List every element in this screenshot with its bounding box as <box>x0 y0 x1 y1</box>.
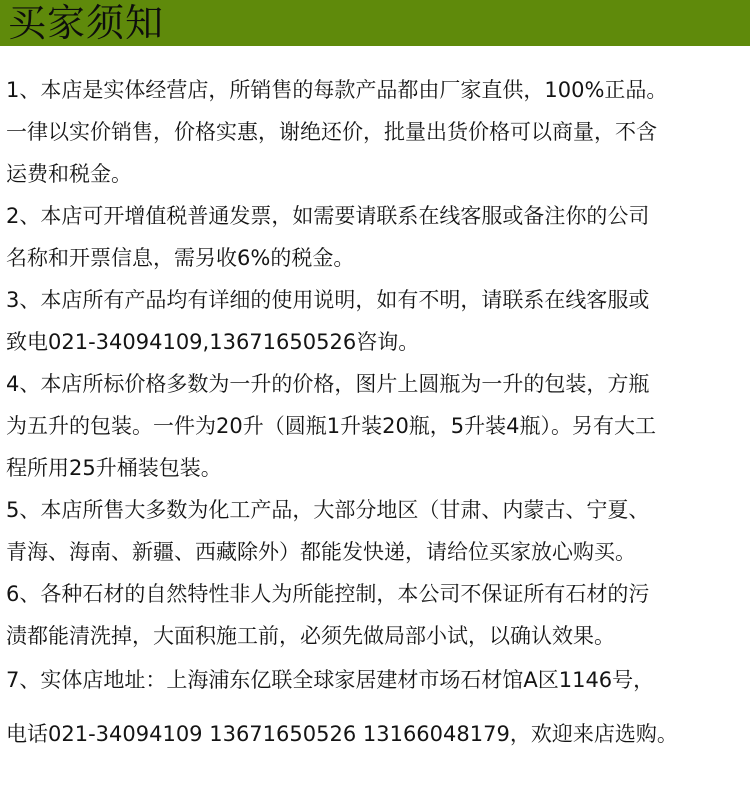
notice-item-1-line-2: 一律以实价销售，价格实惠，谢绝还价，批量出货价格可以商量，不含 <box>6 112 657 152</box>
notice-item-7-address: 7、实体店地址：上海浦东亿联全球家居建材市场石材馆A区1146号， <box>6 660 654 700</box>
notice-item-6-line-1: 6、各种石材的自然特性非人为所能控制，本公司不保证所有石材的污 <box>6 574 649 614</box>
notice-item-3-line-1: 3、本店所有产品均有详细的使用说明，如有不明，请联系在线客服或 <box>6 280 649 320</box>
page-title: 买家须知 <box>8 1 164 45</box>
notice-item-4-line-2: 为五升的包装。一件为20升（圆瓶1升装20瓶，5升装4瓶）。另有大工 <box>6 406 656 446</box>
notice-item-6-line-2: 渍都能清洗掉，大面积施工前，必须先做局部小试，以确认效果。 <box>6 616 615 656</box>
notice-item-3-line-2: 致电021-34094109,13671650526咨询。 <box>6 322 419 362</box>
notice-item-1-line-1: 1、本店是实体经营店，所销售的每款产品都由厂家直供，100%正品。 <box>6 70 667 110</box>
notice-item-5-line-2: 青海、海南、新疆、西藏除外）都能发快递，请给位买家放心购买。 <box>6 532 636 572</box>
header-bar: 买家须知 <box>0 0 750 46</box>
notice-item-2-line-2: 名称和开票信息，需另收6%的税金。 <box>6 238 354 278</box>
notice-item-7-phone: 电话021-34094109 13671650526 13166048179，欢… <box>6 714 678 754</box>
notice-item-4-line-1: 4、本店所标价格多数为一升的价格，图片上圆瓶为一升的包装，方瓶 <box>6 364 649 404</box>
notice-item-5-line-1: 5、本店所售大多数为化工产品，大部分地区（甘肃、内蒙古、宁夏、 <box>6 490 649 530</box>
notice-item-4-line-3: 程所用25升桶装包装。 <box>6 448 222 488</box>
notice-item-2-line-1: 2、本店可开增值税普通发票，如需要请联系在线客服或备注你的公司 <box>6 196 649 236</box>
notice-item-1-line-3: 运费和税金。 <box>6 154 132 194</box>
